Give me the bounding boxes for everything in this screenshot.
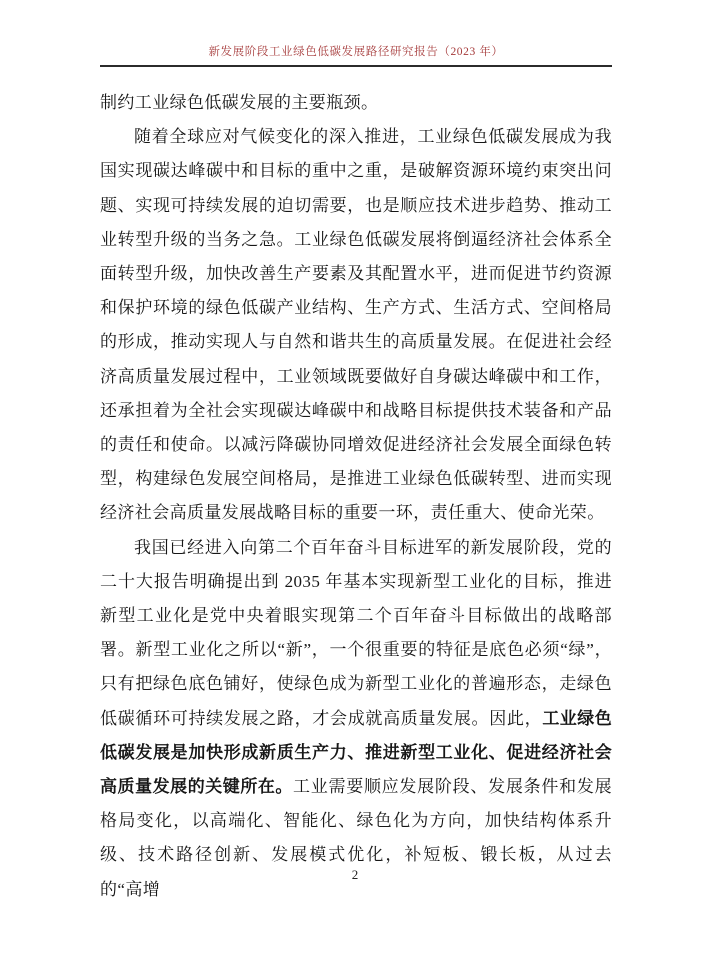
paragraph: 随着全球应对气候变化的深入推进，工业绿色低碳发展成为我国实现碳达峰碳中和目标的重… — [100, 120, 612, 530]
paragraph: 我国已经进入向第二个百年奋斗目标进军的新发展阶段，党的二十大报告明确提出到 20… — [100, 531, 612, 907]
body-text: 随着全球应对气候变化的深入推进，工业绿色低碳发展成为我国实现碳达峰碳中和目标的重… — [100, 127, 612, 522]
page-number: 2 — [352, 867, 359, 882]
body-text: 制约工业绿色低碳发展的主要瓶颈。 — [100, 93, 378, 112]
body-text: 我国已经进入向第二个百年奋斗目标进军的新发展阶段，党的二十大报告明确提出到 20… — [100, 538, 612, 728]
page-footer: 2 — [0, 866, 710, 884]
document-page: 新发展阶段工业绿色低碳发展路径研究报告（2023 年） 制约工业绿色低碳发展的主… — [0, 0, 710, 962]
page-header: 新发展阶段工业绿色低碳发展路径研究报告（2023 年） — [100, 42, 612, 67]
running-head-title: 新发展阶段工业绿色低碳发展路径研究报告（2023 年） — [208, 43, 503, 59]
document-body: 制约工业绿色低碳发展的主要瓶颈。随着全球应对气候变化的深入推进，工业绿色低碳发展… — [100, 86, 612, 907]
paragraph: 制约工业绿色低碳发展的主要瓶颈。 — [100, 86, 612, 120]
